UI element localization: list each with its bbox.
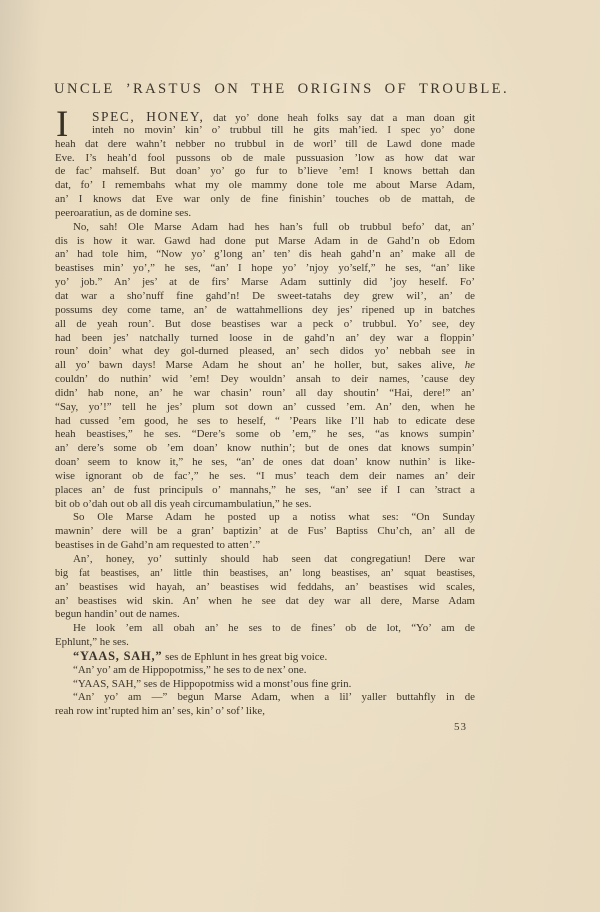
text-segment: reah row int’rupted him an’ ses, kin’ o’…	[55, 705, 265, 717]
text-segment: had been jes’ natchally turned loose in …	[55, 332, 475, 344]
text-segment: he	[465, 359, 475, 371]
text-line: roun’ doin’ what dey gol-durned pleased,…	[55, 345, 475, 359]
text-segment: “YAAS, SAH,”	[73, 650, 162, 663]
text-line: peeroaratiun, as de domine ses.	[55, 207, 475, 221]
text-segment: all de yeah roun’. But dose beastises wa…	[55, 318, 475, 330]
text-line: begun handin’ out de names.	[55, 608, 475, 622]
text-line: heah beastises,” he ses. “Dere’s some ob…	[55, 428, 475, 442]
text-segment: de fac’ mahself. But doan’ yo’ go fur to…	[55, 165, 475, 177]
text-line: possums dey come tame, an’ de wattahmell…	[55, 304, 475, 318]
text-segment: So Ole Marse Adam he posted up a notiss …	[73, 511, 475, 523]
text-line: mawnin’ dere will be a gran’ baptizin’ a…	[55, 525, 475, 539]
text-line: an’ I knows dat Eve war only de fine fin…	[55, 193, 475, 207]
text-line: Eve. I’s heah’d fool pussons ob de male …	[55, 152, 475, 166]
text-segment: peeroaratiun, as de domine ses.	[55, 207, 191, 219]
text-line: So Ole Marse Adam he posted up a notiss …	[55, 511, 475, 525]
text-segment: an’ beastises wid skin. An’ when he see …	[55, 595, 475, 607]
text-segment: roun’ doin’ what dey gol-durned pleased,…	[55, 345, 475, 357]
text-line: “YAAS, SAH,” ses de Ephlunt in hes great…	[55, 650, 475, 664]
text-line: an’ beastises wid skin. An’ when he see …	[55, 595, 475, 609]
text-line: An’, honey, yo’ suttinly should hab seen…	[55, 553, 475, 567]
text-segment: yo’ job.” An’ jes’ at de firs’ Marse Ada…	[55, 276, 475, 288]
text-line: dat, fo’ I remembahs what my ole mammy d…	[55, 179, 475, 193]
text-segment: Eve. I’s heah’d fool pussons ob de male …	[55, 152, 475, 164]
text-line: de fac’ mahself. But doan’ yo’ go fur to…	[55, 165, 475, 179]
text-line: wise ignorant ob de fac’,” he ses. “I mu…	[55, 470, 475, 484]
text-segment: dat war a sho’nuff fine gahd’n! De sweet…	[55, 290, 475, 302]
text-line: No, sah! Ole Marse Adam had hes han’s fu…	[55, 221, 475, 235]
text-segment: wise ignorant ob de fac’,” he ses. “I mu…	[55, 470, 475, 482]
text-segment: No, sah! Ole Marse Adam had hes han’s fu…	[73, 221, 475, 233]
text-line: bit ob o’dah out ob all dis yeah circuma…	[55, 498, 475, 512]
text-line: didn’ hab none, an’ he war chasin’ roun’…	[55, 387, 475, 401]
text-segment: places an’ de fust principuls o’ mannahs…	[55, 484, 475, 496]
text-segment: an’ I knows dat Eve war only de fine fin…	[55, 193, 475, 205]
text-segment: “An’ yo’ am —” begun Marse Adam, when a …	[73, 691, 475, 703]
text-segment: an’ had tole him, “Now yo’ g’long an’ te…	[55, 248, 475, 260]
text-segment: an’ dere’s some ob ’em doan’ know nuthin…	[55, 442, 475, 454]
page-number: 53	[454, 721, 467, 733]
text-line: an’ had tole him, “Now yo’ g’long an’ te…	[55, 248, 475, 262]
text-segment: couldn’ do nuthin’ wid ’em! Dey wouldn’ …	[55, 373, 475, 385]
text-line: dat war a sho’nuff fine gahd’n! De sweet…	[55, 290, 475, 304]
text-line: “An’ yo’ am de Hippopotmiss,” he ses to …	[55, 664, 475, 678]
text-segment: all yo’ bawn days! Marse Adam he shout a…	[55, 359, 465, 371]
text-line: beastises min’ yo’,” he ses, “an’ I hope…	[55, 262, 475, 276]
text-line: “An’ yo’ am —” begun Marse Adam, when a …	[55, 691, 475, 705]
text-segment: bit ob o’dah out ob all dis yeah circuma…	[55, 498, 311, 510]
text-line: beastises in de Gahd’n am requested to a…	[55, 539, 475, 553]
text-segment: doan’ seem to know it,” he ses, “an’ de …	[55, 456, 475, 468]
text-segment: He look ’em all obah an’ he ses to de fi…	[73, 622, 475, 634]
text-segment: mawnin’ dere will be a gran’ baptizin’ a…	[55, 525, 475, 537]
text-segment: SPEC, HONEY,	[92, 110, 204, 124]
page-edge-shade	[0, 0, 42, 912]
text-line: inteh no movin’ kin’ o’ trubbul till he …	[55, 124, 475, 138]
text-segment: “YAAS, SAH,” ses de Hippopotmiss wid a m…	[73, 678, 351, 690]
body-text: I SPEC, HONEY, dat yo’ done heah folks s…	[55, 110, 475, 719]
page-title: UNCLE ’RASTUS ON THE ORIGINS OF TROUBLE.	[54, 81, 475, 98]
text-segment: possums dey come tame, an’ de wattahmell…	[55, 304, 475, 316]
text-line: reah row int’rupted him an’ ses, kin’ o’…	[55, 705, 475, 719]
text-line: had been jes’ natchally turned loose in …	[55, 332, 475, 346]
text-segment: heah beastises,” he ses. “Dere’s some ob…	[55, 428, 475, 440]
text-line: places an’ de fust principuls o’ mannahs…	[55, 484, 475, 498]
text-segment: Ephlunt,” he ses.	[55, 636, 129, 648]
text-segment: begun handin’ out de names.	[55, 608, 180, 620]
text-line: heah dat dere wahn’t nebber no trubbul i…	[55, 138, 475, 152]
text-segment: beastises min’ yo’,” he ses, “an’ I hope…	[55, 262, 475, 274]
text-line: SPEC, HONEY, dat yo’ done heah folks say…	[55, 110, 475, 124]
drop-cap: I	[56, 111, 68, 139]
text-segment: inteh no movin’ kin’ o’ trubbul till he …	[92, 124, 475, 136]
text-segment: “An’ yo’ am de Hippopotmiss,” he ses to …	[73, 664, 306, 676]
text-segment: An’, honey, yo’ suttinly should hab seen…	[73, 553, 475, 565]
text-line: “YAAS, SAH,” ses de Hippopotmiss wid a m…	[55, 678, 475, 692]
text-line: Ephlunt,” he ses.	[55, 636, 475, 650]
text-segment: an’ beastises wid hayah, an’ beastises w…	[55, 581, 475, 593]
text-line: all de yeah roun’. But dose beastises wa…	[55, 318, 475, 332]
text-line: couldn’ do nuthin’ wid ’em! Dey wouldn’ …	[55, 373, 475, 387]
text-line: yo’ job.” An’ jes’ at de firs’ Marse Ada…	[55, 276, 475, 290]
text-segment: “Say, yo’!” tell he jes’ plum sot down a…	[55, 401, 475, 413]
text-line: an’ dere’s some ob ’em doan’ know nuthin…	[55, 442, 475, 456]
text-line: “Say, yo’!” tell he jes’ plum sot down a…	[55, 401, 475, 415]
text-segment: dis is how it war. Gawd had done put Mar…	[55, 235, 475, 247]
text-line: dis is how it war. Gawd had done put Mar…	[55, 235, 475, 249]
text-segment: didn’ hab none, an’ he war chasin’ roun’…	[55, 387, 475, 399]
text-segment: dat yo’ done heah folks say dat a man do…	[204, 112, 475, 124]
text-line: doan’ seem to know it,” he ses, “an’ de …	[55, 456, 475, 470]
text-line: had cussed ’em good, he ses to heself, “…	[55, 415, 475, 429]
text-line: all yo’ bawn days! Marse Adam he shout a…	[55, 359, 475, 373]
text-line: big fat beastises, an’ little thin beast…	[55, 567, 475, 581]
text-line: He look ’em all obah an’ he ses to de fi…	[55, 622, 475, 636]
text-segment: dat, fo’ I remembahs what my ole mammy d…	[55, 179, 475, 191]
text-segment: ses de Ephlunt in hes great big voice.	[162, 651, 327, 663]
text-segment: beastises in de Gahd’n am requested to a…	[55, 539, 260, 551]
text-segment: heah dat dere wahn’t nebber no trubbul i…	[55, 138, 475, 150]
text-line: an’ beastises wid hayah, an’ beastises w…	[55, 581, 475, 595]
text-segment: had cussed ’em good, he ses to heself, “…	[55, 415, 475, 427]
text-segment: big fat beastises, an’ little thin beast…	[55, 568, 475, 579]
